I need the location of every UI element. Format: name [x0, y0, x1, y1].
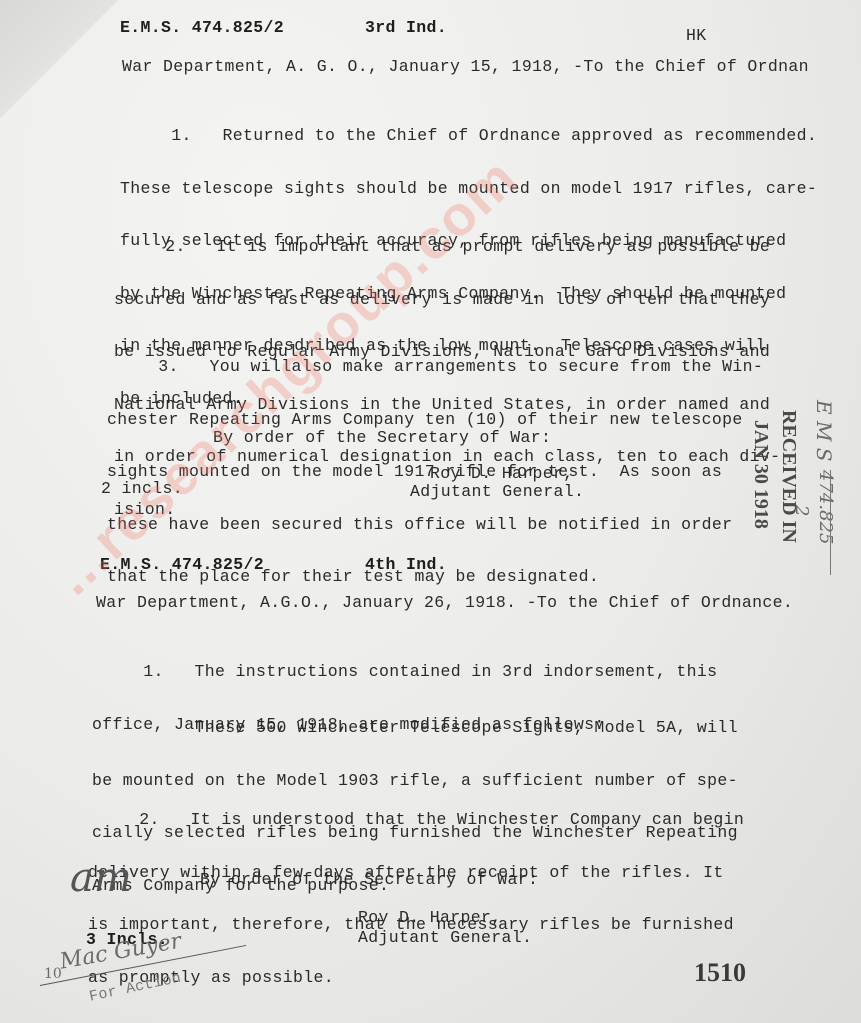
handwritten-file-sub: 2 [791, 505, 812, 516]
inclosures-3rd: 2 incls. [101, 481, 183, 498]
header-line-3rd: War Department, A. G. O., January 15, 19… [122, 59, 809, 76]
by-order-3rd: By order of the Secretary of War: [213, 430, 551, 447]
indorsement-label-3rd: 3rd Ind. [365, 20, 447, 37]
initials-hk: HK [686, 28, 707, 45]
page-number: 1510 [694, 958, 746, 988]
handwritten-initials-am: am [70, 855, 132, 901]
by-order-4th: By order of the Secretary of War: [200, 872, 538, 889]
routing-number: 10 [44, 966, 62, 982]
handwritten-file-note: E M S [812, 400, 836, 462]
file-reference-3rd: E.M.S. 474.825/2 [120, 20, 284, 37]
indorsement-label-4th: 4th Ind. [365, 557, 447, 574]
signer-title-4th: Adjutant General. [358, 930, 532, 947]
file-reference-4th: E.M.S. 474.825/2 [100, 557, 264, 574]
paragraph-4th-2: 2. It is understood that the Winchester … [88, 776, 744, 1021]
header-line-4th: War Department, A.G.O., January 26, 1918… [96, 595, 793, 612]
signer-name-4th: Roy D. Harper, [358, 910, 502, 927]
document-page: E.M.S. 474.825/2 3rd Ind. HK War Departm… [0, 0, 861, 1023]
handwritten-file-number: 474.825 [815, 470, 836, 544]
folded-corner [0, 0, 140, 120]
signer-title-3rd: Adjutant General. [410, 484, 584, 501]
received-stamp-line1: RECEIVED IN [777, 410, 800, 543]
signer-name-3rd: Roy D. Harper, [430, 466, 574, 483]
received-stamp-line2: JAN 30 1918 [749, 420, 772, 529]
handwritten-fraction-line [830, 470, 831, 575]
